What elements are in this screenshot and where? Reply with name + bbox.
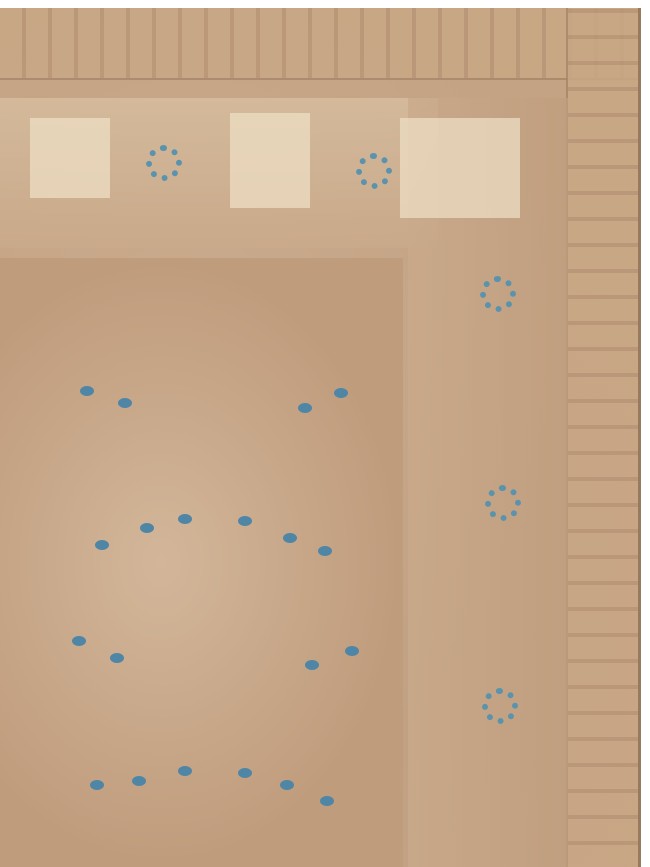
blue-dot xyxy=(132,776,146,786)
blue-dot xyxy=(320,796,334,806)
blue-dot xyxy=(280,780,294,790)
blue-dot xyxy=(110,653,124,663)
outer-border xyxy=(0,8,638,80)
blue-dot xyxy=(334,388,348,398)
cream-motif xyxy=(230,113,310,208)
blue-dot xyxy=(80,386,94,396)
blue-dot xyxy=(305,660,319,670)
blue-dot xyxy=(118,398,132,408)
blue-dot xyxy=(140,523,154,533)
blue-flower-motif xyxy=(146,145,182,181)
blue-flower-motif xyxy=(356,153,392,189)
blue-dot xyxy=(298,403,312,413)
cream-motif xyxy=(400,118,520,218)
blue-dot xyxy=(178,514,192,524)
blue-flower-motif xyxy=(480,276,516,312)
blue-dot xyxy=(283,533,297,543)
blue-dot xyxy=(95,540,109,550)
blue-dot xyxy=(90,780,104,790)
blue-dot xyxy=(318,546,332,556)
side-border xyxy=(566,8,638,867)
rug-field xyxy=(0,258,403,867)
blue-flower-motif xyxy=(485,485,521,521)
blue-dot xyxy=(238,768,252,778)
blue-dot xyxy=(72,636,86,646)
cream-motif xyxy=(30,118,110,198)
blue-flower-motif xyxy=(482,688,518,724)
blue-dot xyxy=(178,766,192,776)
blue-dot xyxy=(345,646,359,656)
rug-photo xyxy=(0,8,641,867)
blue-dot xyxy=(238,516,252,526)
